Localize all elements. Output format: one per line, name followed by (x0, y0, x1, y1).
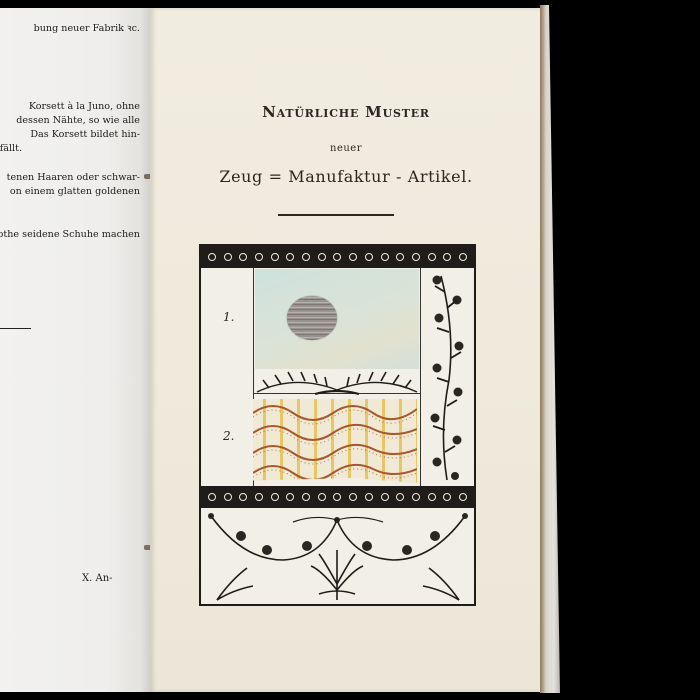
section-rule (0, 328, 31, 329)
left-page: bung neuer Fabrik ꝛc. Korsett à la Juno,… (0, 8, 152, 692)
title-rule (278, 214, 394, 216)
running-head: bung neuer Fabrik ꝛc. (34, 22, 140, 36)
garland-ornament-icon (203, 510, 472, 604)
fabric-sample-plate: 1. 2. (199, 244, 476, 606)
text-line: Das Korsett bildet hin- (30, 128, 140, 142)
floral-vine-icon (425, 270, 469, 482)
fabric-swatch-1 (255, 269, 419, 369)
text-line: Korsett à la Juno, ohne (29, 100, 140, 114)
catchword: X. An- (82, 573, 113, 584)
metallic-dot (287, 296, 337, 340)
sample-number-1: 1. (223, 310, 234, 324)
frame-line (420, 268, 421, 486)
text-line: on einem glatten goldenen (10, 185, 140, 199)
sample-number-2: 2. (223, 429, 234, 443)
ring-border-top (201, 246, 474, 268)
text-line: fällt. (0, 142, 22, 156)
wave-pattern (253, 399, 417, 483)
fabric-swatch-2 (253, 399, 417, 483)
text-line: dessen Nähte, so wie alle (16, 114, 140, 128)
text-line: tenen Haaren oder schwar- (7, 171, 140, 185)
plate-title: Natürliche Muster (150, 103, 542, 121)
page-edge (540, 5, 560, 693)
text-line: othe seidene Schuhe machen (0, 228, 140, 242)
laurel-branch-icon (255, 368, 419, 396)
ring-border-middle (201, 486, 474, 508)
plate-subtitle: neuer (150, 143, 542, 154)
plate-subtitle-main: Zeug = Manufaktur - Artikel. (150, 167, 542, 186)
